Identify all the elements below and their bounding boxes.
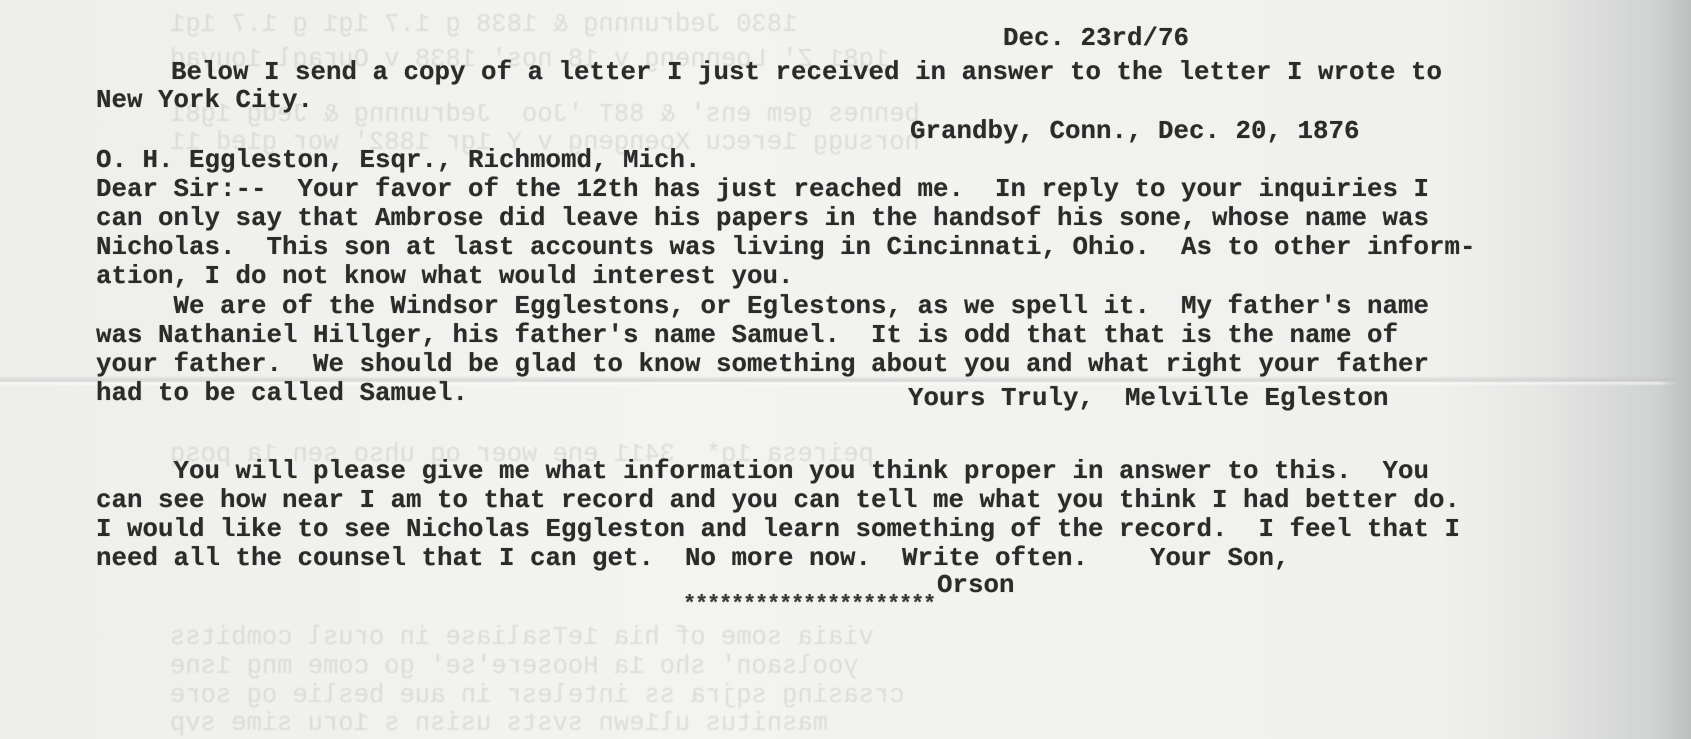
quoted-letter-closing: Yours Truly, Melville Egleston	[908, 386, 1389, 412]
quoted-letter-line: had to be called Samuel.	[96, 381, 468, 407]
postscript-line: You will please give me what information…	[96, 459, 1429, 485]
scanned-letter-page: 1830 Jedrunnng & 1838 g 1.7 1g1 g 1.7 1g…	[0, 0, 1691, 739]
quoted-letter-line: can only say that Ambrose did leave his …	[96, 206, 1429, 232]
quoted-letter-line: ation, I do not know what would interest…	[96, 264, 794, 290]
quoted-letter-addressee: O. H. Eggleston, Esqr., Richmomd, Mich.	[96, 148, 701, 174]
intro-line: Below I send a copy of a letter I just r…	[171, 60, 1442, 86]
postscript-line: can see how near I am to that record and…	[96, 488, 1460, 514]
quoted-letter-line: Nicholas. This son at last accounts was …	[96, 235, 1476, 261]
bleed-through-text: viaia some of hia 1eTsaliase in orusl co…	[170, 623, 874, 652]
letter-date: Dec. 23rd/76	[1003, 26, 1189, 52]
quoted-letter-line: Dear Sir:-- Your favor of the 12th has j…	[96, 177, 1429, 203]
bleed-through-text: masnitus ul1ewn svsts usisn s 1oru sime …	[170, 709, 828, 738]
postscript-line: I would like to see Nicholas Eggleston a…	[96, 517, 1460, 543]
signature: Orson	[937, 573, 1015, 599]
quoted-letter-line: was Nathaniel Hillger, his father's name…	[96, 323, 1398, 349]
bleed-through-text: 1830 Jedrunnng & 1838 g 1.7 1g1 g 1.7 1g…	[170, 10, 797, 39]
quoted-letter-line: We are of the Windsor Egglestons, or Egl…	[96, 294, 1429, 320]
quoted-letter-line: your father. We should be glad to know s…	[96, 352, 1429, 378]
header-asterisk-divider: ************************	[652, 0, 940, 12]
bleed-through-text: yoolsaon' sho 1a Hoosere'se' go come mng…	[170, 652, 859, 681]
intro-line: New York City.	[96, 88, 313, 114]
scan-page-edge	[1659, 0, 1691, 739]
quoted-letter-place-date: Grandby, Conn., Dec. 20, 1876	[910, 119, 1360, 145]
postscript-line: need all the counsel that I can get. No …	[96, 546, 1290, 572]
footer-asterisk-divider: *********************	[683, 594, 935, 616]
bleed-through-text: crsasing sqjra ss intelesr in aue beslie…	[170, 681, 905, 710]
